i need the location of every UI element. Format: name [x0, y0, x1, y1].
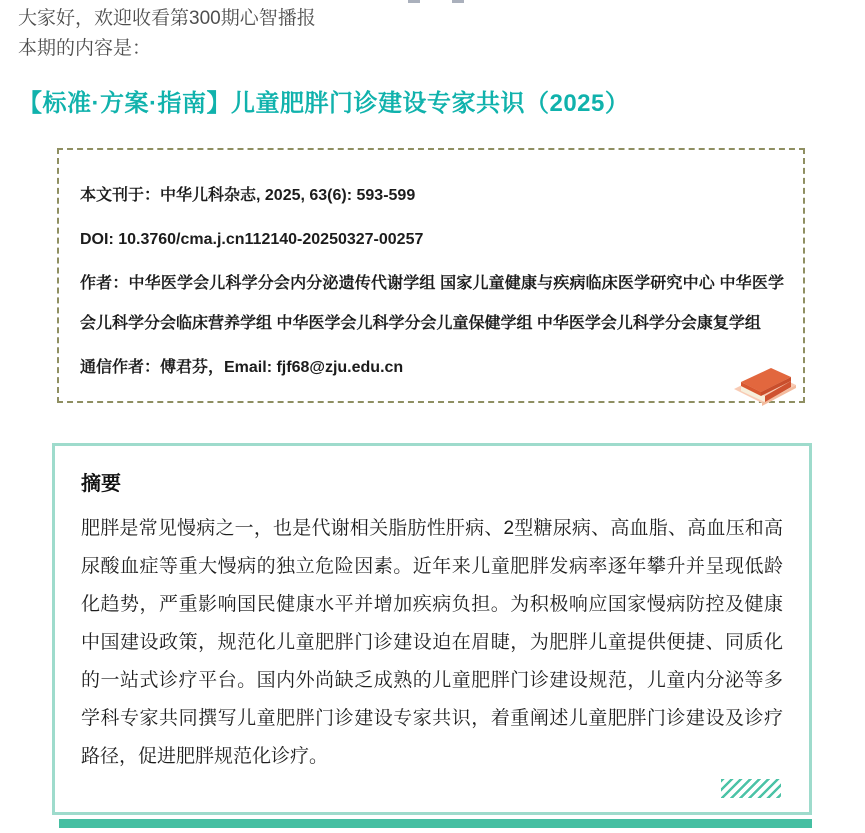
abstract-card: 摘要 肥胖是常见慢病之一，也是代谢相关脂肪性肝病、2型糖尿病、高血脂、高血压和高… — [52, 443, 812, 815]
abstract-body: 肥胖是常见慢病之一，也是代谢相关脂肪性肝病、2型糖尿病、高血脂、高血压和高尿酸血… — [81, 510, 783, 776]
diagonal-stripes-decoration — [721, 779, 781, 798]
corresponding-author-line: 通信作者：傅君芬，Email: fjf68@zju.edu.cn — [80, 348, 784, 388]
books-icon — [733, 359, 797, 407]
intro-block: 大家好，欢迎收看第300期心智播报 本期的内容是： — [18, 4, 865, 64]
abstract-title: 摘要 — [81, 470, 783, 498]
journal-line: 本文刊于：中华儿科杂志, 2025, 63(6): 593-599 — [80, 176, 784, 216]
citation-card: 本文刊于：中华儿科杂志, 2025, 63(6): 593-599 DOI: 1… — [57, 148, 805, 403]
cropped-text-remnant — [408, 0, 420, 3]
article-headline: 【标准·方案·指南】儿童肥胖门诊建设专家共识（2025） — [18, 88, 865, 120]
authors-line: 作者：中华医学会儿科学分会内分泌遗传代谢学组 国家儿童健康与疾病临床医学研究中心… — [80, 264, 784, 344]
intro-line-1: 大家好，欢迎收看第300期心智播报 — [18, 4, 865, 34]
cropped-text-remnant — [452, 0, 464, 3]
doi-line: DOI: 10.3760/cma.j.cn112140-20250327-002… — [80, 220, 784, 260]
accent-bar — [59, 819, 812, 828]
intro-line-2: 本期的内容是： — [18, 34, 865, 64]
